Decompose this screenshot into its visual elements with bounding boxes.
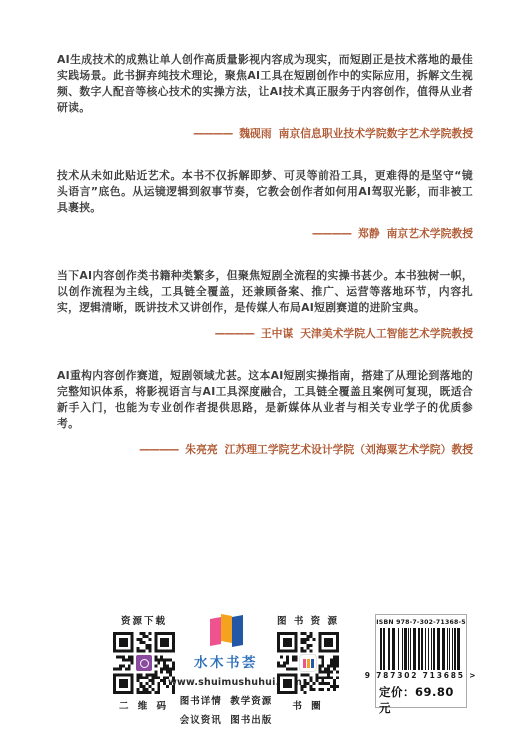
price-label: 定价：69.80元	[379, 684, 463, 716]
endorser-affiliation: 天津美术学院人工智能艺术学院教授	[300, 327, 473, 340]
ean-number: 9 787302 713685 >	[365, 671, 478, 680]
attribution-line: ————朱亮亮江苏理工学院艺术设计学院（刘海粟艺术学院）教授	[57, 443, 473, 457]
endorsement-1: AI生成技术的成熟让单人创作高质量影视内容成为现实，而短剧正是技术落地的最佳实践…	[57, 52, 473, 141]
endorser-name: 魏砚雨	[239, 127, 271, 140]
endorser-affiliation: 南京信息职业技术学院数字艺术学院教授	[279, 127, 473, 140]
book-circle-label: 书 圈	[272, 698, 344, 712]
publisher-brand-block: 水木书荟 www.shuimushuhui.com 图书详情 教学资源 会议资讯…	[168, 613, 284, 726]
quote-text: AI重构内容创作赛道，短剧领域尤甚。这本AI短剧实操指南，搭建了从理论到落地的完…	[57, 368, 473, 432]
endorser-name: 朱亮亮	[185, 443, 217, 456]
brand-website: www.shuimushuhui.com	[168, 677, 284, 688]
logo-panel-blue	[232, 615, 243, 647]
isbn-barcode-box: ISBN 978-7-302-71368-5 9 787302 713685 >…	[375, 614, 467, 708]
isbn-number: ISBN 978-7-302-71368-5	[376, 619, 465, 626]
logo-panel-pink	[210, 617, 221, 646]
ean-arrow: >	[469, 671, 477, 680]
endorser-affiliation: 南京艺术学院教授	[387, 227, 473, 240]
attribution-dash: ————	[215, 327, 254, 340]
endorsement-3: 当下AI内容创作类书籍种类繁多，但聚焦短剧全流程的实操书甚少。本书独树一帜，以创…	[57, 268, 473, 341]
logo-panel-orange	[221, 614, 232, 643]
book-qr-code	[277, 632, 339, 694]
book-back-cover: AI生成技术的成熟让单人创作高质量影视内容成为现实，而短剧正是技术落地的最佳实践…	[0, 0, 524, 737]
resource-qr-code	[113, 632, 175, 694]
quote-text: 技术从未如此贴近艺术。本书不仅拆解即梦、可灵等前沿工具，更难得的是坚守“镜头语言…	[57, 168, 473, 216]
shuimushuhui-logo-icon	[168, 613, 284, 648]
qr-center-logo-brand	[300, 655, 316, 671]
attribution-dash: ————	[312, 227, 351, 240]
attribution-dash: ————	[139, 443, 178, 456]
endorser-affiliation: 江苏理工学院艺术设计学院（刘海粟艺术学院）教授	[225, 443, 473, 456]
endorser-name: 郑静	[358, 227, 380, 240]
endorsement-2: 技术从未如此贴近艺术。本书不仅拆解即梦、可灵等前沿工具，更难得的是坚守“镜头语言…	[57, 168, 473, 241]
attribution-dash: ————	[193, 127, 232, 140]
quote-text: AI生成技术的成熟让单人创作高质量影视内容成为现实，而短剧正是技术落地的最佳实践…	[57, 52, 473, 116]
qr-center-logo-purple	[134, 653, 154, 673]
brand-services-row-2: 会议资讯 图书出版	[168, 712, 284, 726]
endorser-name: 王中谋	[261, 327, 293, 340]
attribution-line: ————王中谋天津美术学院人工智能艺术学院教授	[57, 327, 473, 341]
endorsement-quotes: AI生成技术的成熟让单人创作高质量影视内容成为现实，而短剧正是技术落地的最佳实践…	[57, 52, 473, 484]
brand-services-row-1: 图书详情 教学资源	[168, 693, 284, 707]
quote-text: 当下AI内容创作类书籍种类繁多，但聚焦短剧全流程的实操书甚少。本书独树一帜，以创…	[57, 268, 473, 316]
brand-name: 水木书荟	[168, 651, 284, 671]
barcode-icon	[380, 628, 462, 670]
book-resource-block: 图 书 资 源 书 圈	[272, 613, 344, 712]
attribution-line: ————郑静南京艺术学院教授	[57, 227, 473, 241]
book-resource-label: 图 书 资 源	[272, 613, 344, 627]
endorsement-4: AI重构内容创作赛道，短剧领域尤甚。这本AI短剧实操指南，搭建了从理论到落地的完…	[57, 368, 473, 457]
attribution-line: ————魏砚雨南京信息职业技术学院数字艺术学院教授	[57, 127, 473, 141]
